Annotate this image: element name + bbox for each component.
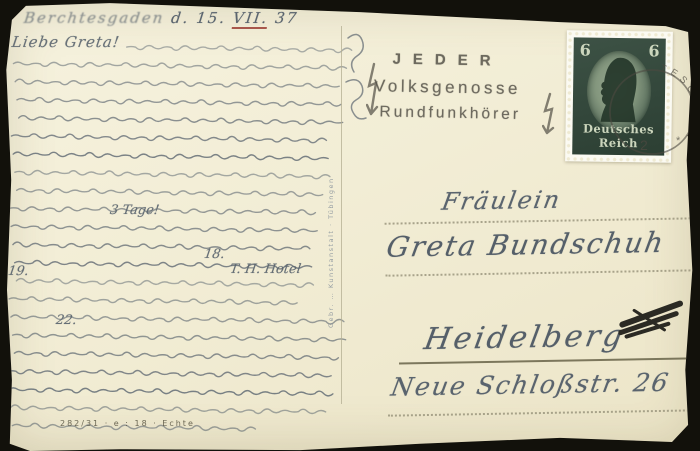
message-dateline: Berchtesgaden d. 15. VII. 37 [23, 9, 300, 27]
dateline-place: Berchtesgaden [23, 9, 166, 27]
catalog-imprint: 282/31 · e : 18 · Echte [60, 419, 195, 428]
postmark-number: 2 [640, 137, 648, 153]
postcard-back: Berchtesgaden d. 15. VII. 37 Liebe Greta… [0, 0, 700, 451]
postmark-star: * [676, 135, 681, 147]
legible-fragment: 3 Tage! [109, 203, 160, 218]
legible-fragment: 19. [7, 264, 30, 279]
dateline-month: VII. [232, 9, 270, 29]
publisher-imprint-vertical: Gebr. … Kunstanstalt · Tübingen [327, 118, 335, 328]
address-city: Heidelberg [422, 318, 629, 357]
lightning-bolt-icon [366, 62, 380, 120]
cancellation-postmark: TESGADEN 2 * [590, 42, 700, 174]
ink-scribble [618, 297, 689, 340]
address-guide-line-dotted [385, 269, 697, 276]
legible-fragment: 22. [55, 313, 78, 328]
dateline-day: d. 15. [170, 9, 227, 27]
handwriting-lines [3, 37, 381, 442]
address-guide-line-solid [399, 357, 699, 364]
lightning-bolt-icon [542, 92, 556, 138]
address-recipient-name: Greta Bundschuh [384, 226, 668, 264]
address-street: Neue Schloßstr. 26 [389, 368, 672, 402]
address-recipient-title: Fräulein [440, 186, 564, 216]
legible-fragment: 18. [203, 247, 226, 262]
address-guide-line-dotted [385, 217, 691, 224]
address-block: Fräulein Greta Bundschuh Heidelberg Neue… [384, 181, 700, 426]
dateline-year: 37 [274, 9, 299, 27]
slogan-line-1: JEDER [392, 51, 573, 71]
address-guide-line-dotted [388, 409, 696, 416]
legible-fragment: T. H. Hotel [229, 262, 302, 277]
divider-line [341, 26, 342, 404]
